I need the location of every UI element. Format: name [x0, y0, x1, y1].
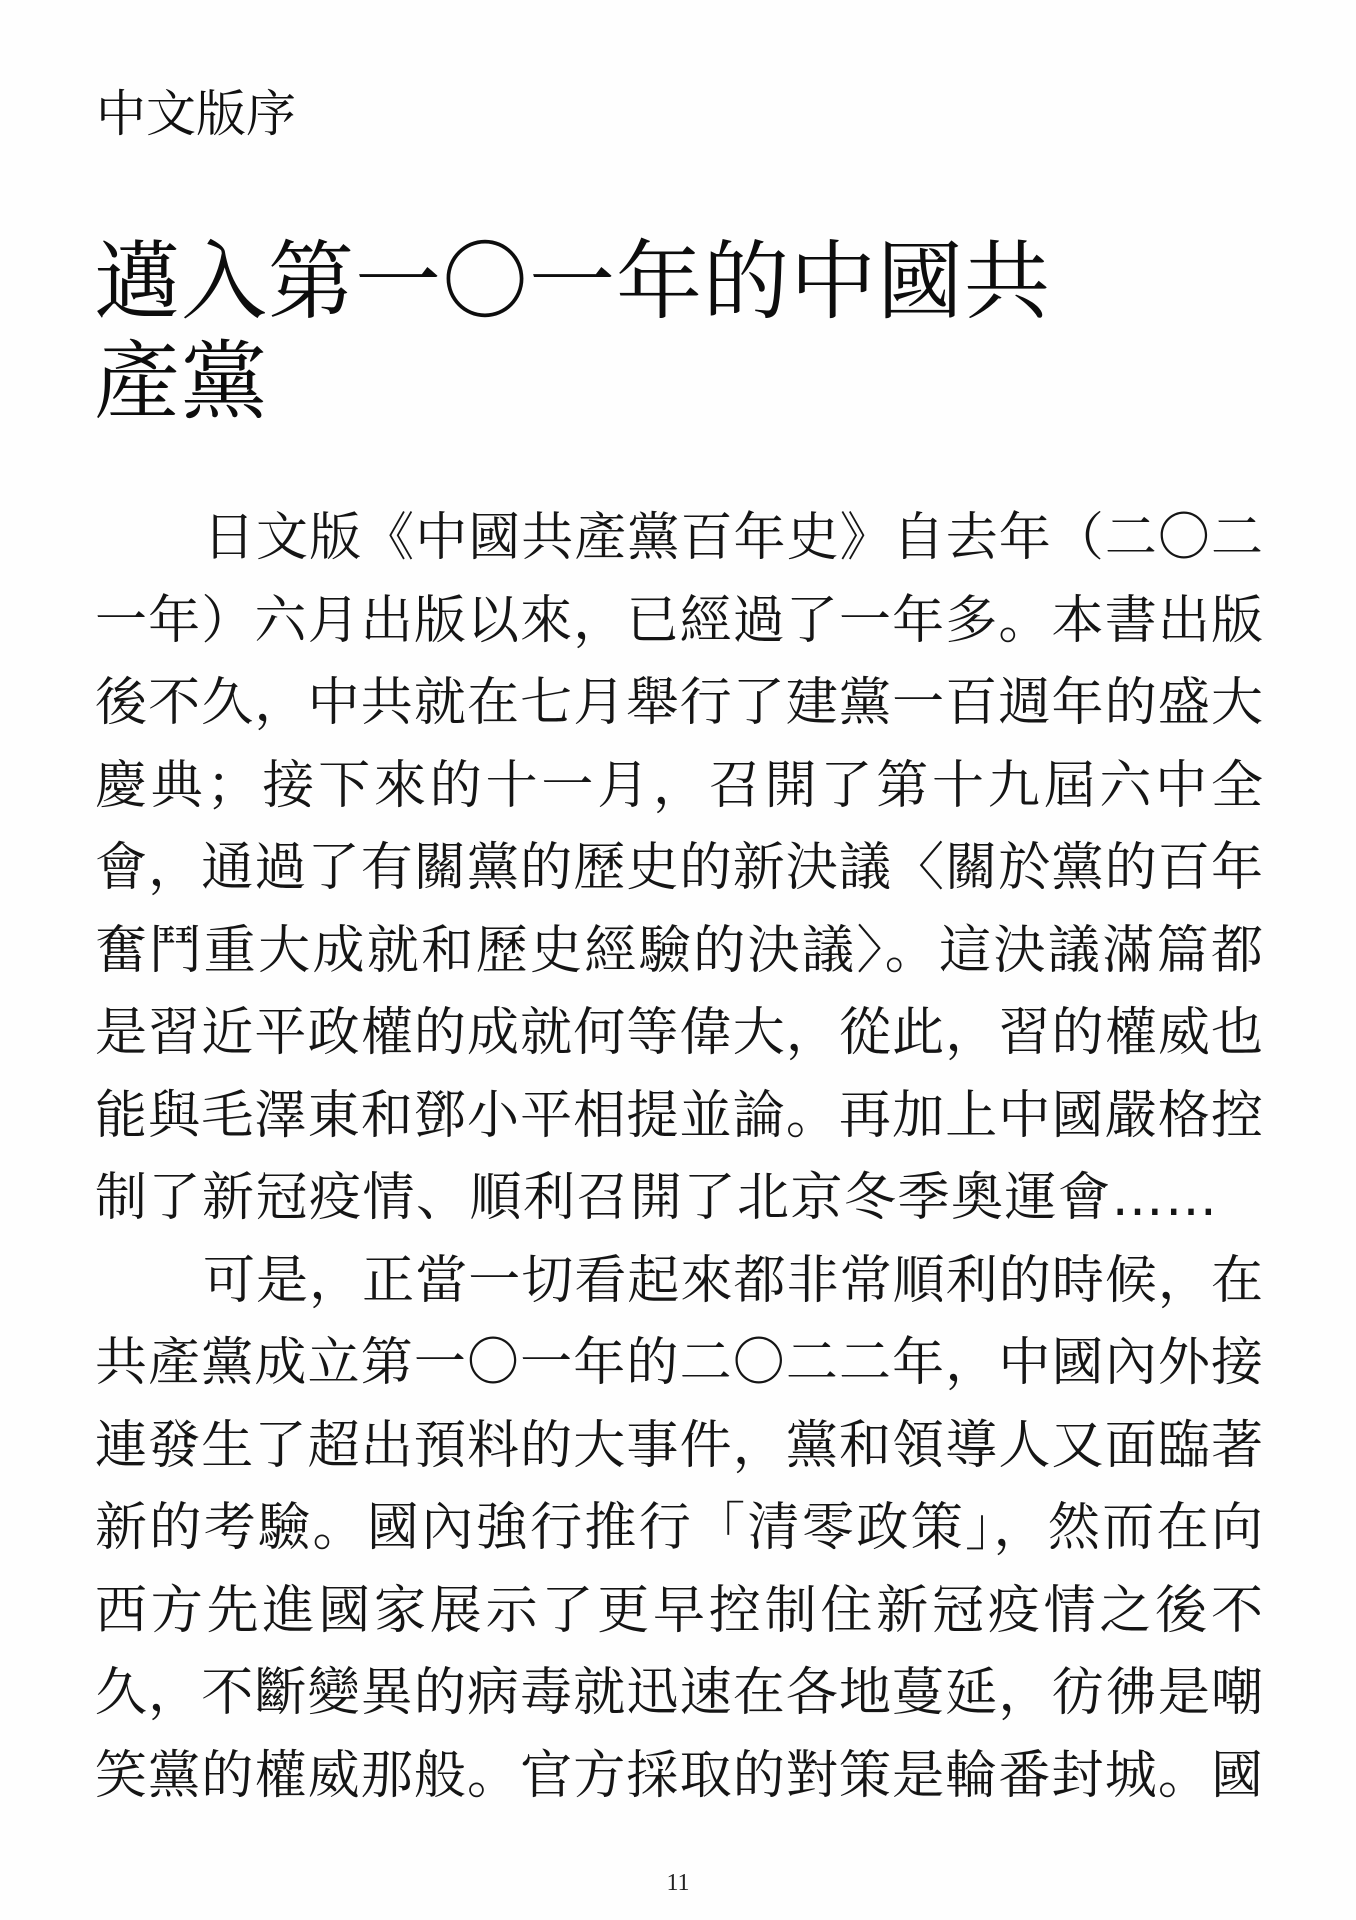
- paragraph-1-line-6: 奮鬥重大成就和歷史經驗的決議〉。這決議滿篇都: [95, 910, 1263, 993]
- book-page: 中文版序 邁入第一〇一年的中國共產黨 日文版《中國共產黨百年史》自去年（二〇二 …: [0, 0, 1356, 1920]
- paragraph-1-line-9: 制了新冠疫情、順利召開了北京冬季奧運會……: [95, 1157, 1263, 1240]
- paragraph-2-line-1: 可是，正當一切看起來都非常順利的時候，在: [95, 1240, 1263, 1323]
- paragraph-1-line-1: 日文版《中國共產黨百年史》自去年（二〇二: [95, 497, 1263, 580]
- body-text: 日文版《中國共產黨百年史》自去年（二〇二 一年）六月出版以來，已經過了一年多。本…: [95, 497, 1263, 1817]
- paragraph-1-line-5: 會，通過了有關黨的歷史的新決議〈關於黨的百年: [95, 827, 1263, 910]
- paragraph-1-line-4: 慶典；接下來的十一月，召開了第十九屆六中全: [95, 745, 1263, 828]
- chapter-title: 邁入第一〇一年的中國共產黨: [94, 232, 1064, 432]
- paragraph-1-line-8: 能與毛澤東和鄧小平相提並論。再加上中國嚴格控: [95, 1075, 1263, 1158]
- page-number: 11: [0, 1868, 1356, 1898]
- paragraph-1-line-2: 一年）六月出版以來，已經過了一年多。本書出版: [95, 580, 1263, 663]
- paragraph-2-line-4: 新的考驗。國內強行推行「清零政策」，然而在向: [95, 1487, 1263, 1570]
- paragraph-1-line-7: 是習近平政權的成就何等偉大，從此，習的權威也: [95, 992, 1263, 1075]
- paragraph-2-line-2: 共產黨成立第一〇一年的二〇二二年，中國內外接: [95, 1322, 1263, 1405]
- paragraph-2-line-3: 連發生了超出預料的大事件，黨和領導人又面臨著: [95, 1405, 1263, 1488]
- paragraph-2-line-6: 久，不斷變異的病毒就迅速在各地蔓延，彷彿是嘲: [95, 1652, 1263, 1735]
- paragraph-2-line-5: 西方先進國家展示了更早控制住新冠疫情之後不: [95, 1570, 1263, 1653]
- paragraph-2-line-7: 笑黨的權威那般。官方採取的對策是輪番封城。國: [95, 1735, 1263, 1818]
- paragraph-1-line-3: 後不久，中共就在七月舉行了建黨一百週年的盛大: [95, 662, 1263, 745]
- section-label: 中文版序: [96, 82, 296, 146]
